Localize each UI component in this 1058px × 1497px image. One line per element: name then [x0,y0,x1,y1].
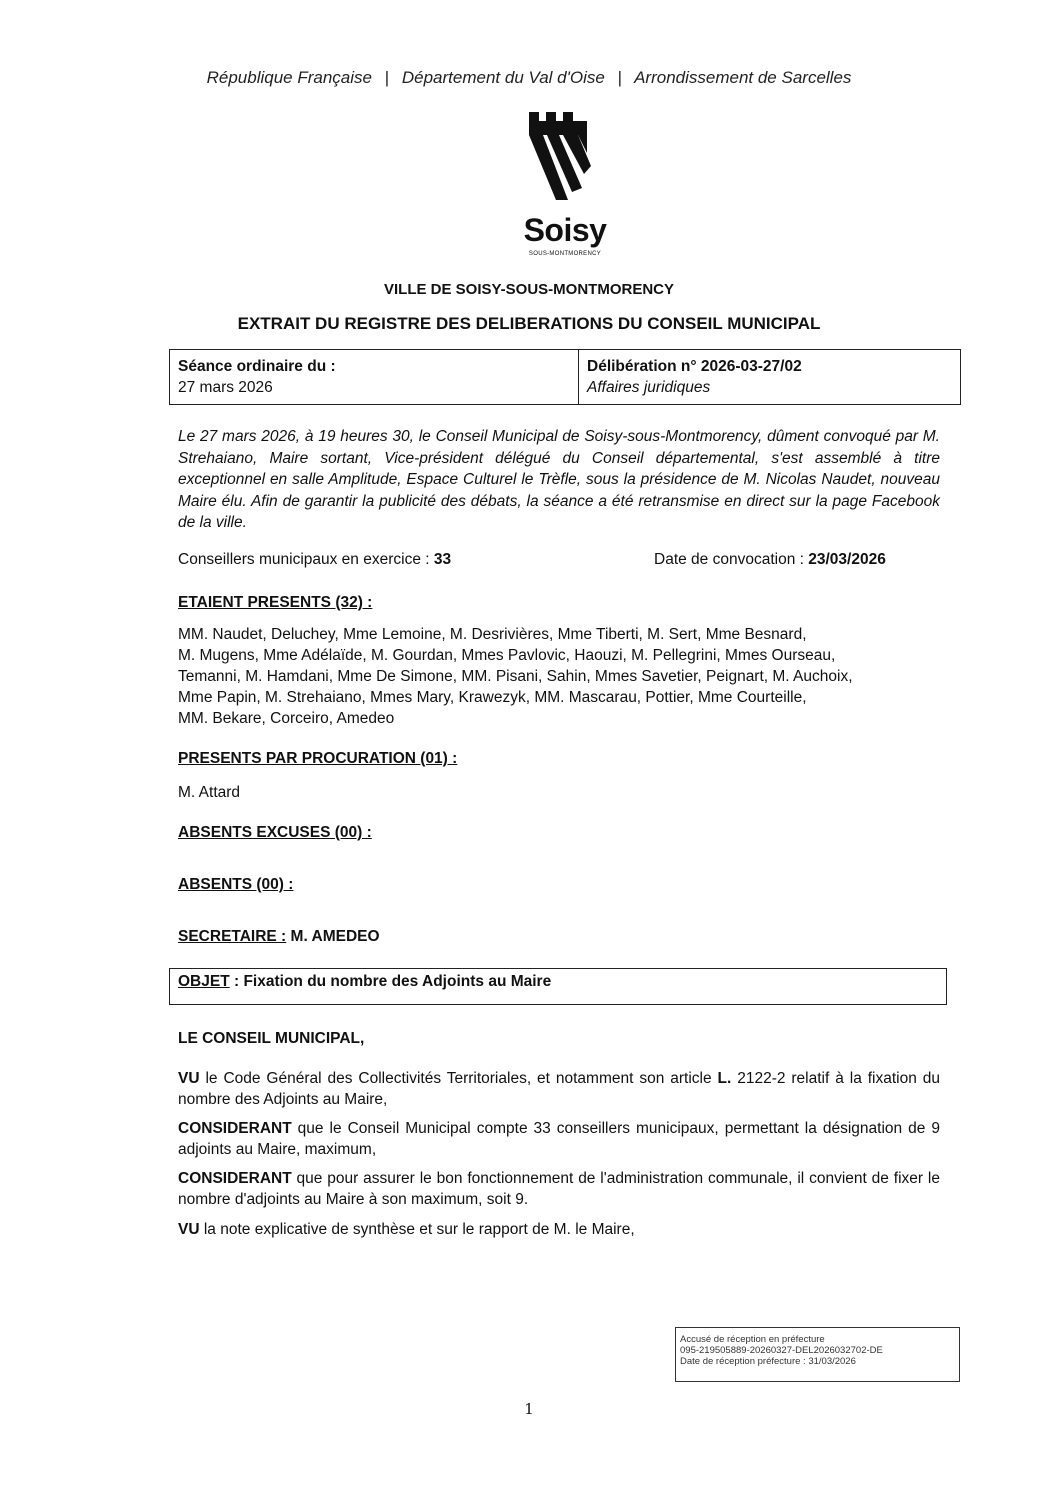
council-heading: LE CONSEIL MUNICIPAL, [178,1030,364,1048]
stamp-line: Accusé de réception en préfecture [680,1334,959,1345]
proxy-heading: PRESENTS PAR PROCURATION (01) : [178,750,457,768]
prefecture-stamp: Accusé de réception en préfecture 095-21… [675,1327,960,1382]
councillors-label: Conseillers municipaux en exercice : [178,551,430,568]
absent-heading: ABSENTS (00) : [178,876,293,894]
intro-paragraph: Le 27 mars 2026, à 19 heures 30, le Cons… [178,426,940,534]
convocation-value: 23/03/2026 [808,551,886,568]
secretary-name: M. AMEDEO [291,928,380,945]
header-line: République Française | Département du Va… [0,68,1058,88]
paragraph-lead: CONSIDERANT [178,1170,292,1187]
session-label: Séance ordinaire du : [178,356,570,377]
paragraph-lead: VU [178,1070,200,1087]
logo-subtitle: SOUS-MONTMORENCY [500,251,630,257]
objet-text: Fixation du nombre des Adjoints au Maire [243,973,551,990]
article-ref: L. [718,1070,732,1087]
paragraph-text: la note explicative de synthèse et sur l… [200,1221,635,1238]
convocation-label: Date de convocation : [654,551,804,568]
paragraph-lead: CONSIDERANT [178,1120,292,1137]
councillors-count: Conseillers municipaux en exercice : 33 [178,551,451,569]
page-number: 1 [0,1400,1058,1418]
session-date: 27 mars 2026 [178,377,570,398]
excused-heading: ABSENTS EXCUSES (00) : [178,824,372,842]
present-line: MM. Naudet, Deluchey, Mme Lemoine, M. De… [178,624,940,645]
deliberation-number: Délibération n° 2026-03-27/02 [587,356,802,377]
paragraph-text: le Code Général des Collectivités Territ… [200,1070,718,1087]
deliberation-cell: Délibération n° 2026-03-27/02 Affaires j… [579,350,810,404]
header-department: Département du Val d'Oise [402,68,605,87]
body-paragraph: CONSIDERANT que pour assurer le bon fonc… [178,1168,940,1210]
header-separator: | [618,68,622,87]
secretary-label: SECRETAIRE : [178,928,286,945]
deliberation-category: Affaires juridiques [587,377,802,398]
councillors-value: 33 [434,551,451,568]
present-list: MM. Naudet, Deluchey, Mme Lemoine, M. De… [178,624,940,729]
secretary: SECRETAIRE : M. AMEDEO [178,928,380,946]
body-paragraph: VU la note explicative de synthèse et su… [178,1219,940,1240]
stamp-line: Date de réception préfecture : 31/03/202… [680,1356,959,1367]
present-line: Mme Papin, M. Strehaiano, Mmes Mary, Kra… [178,687,940,708]
objet-box: OBJET : Fixation du nombre des Adjoints … [169,968,947,1005]
body-paragraph: CONSIDERANT que le Conseil Municipal com… [178,1118,940,1160]
paragraph-text: que le Conseil Municipal compte 33 conse… [178,1120,940,1158]
objet-separator: : [230,973,244,990]
body-paragraph: VU le Code Général des Collectivités Ter… [178,1068,940,1110]
present-line: MM. Bekare, Corceiro, Amedeo [178,708,940,729]
header-arrondissement: Arrondissement de Sarcelles [634,68,851,87]
paragraph-text: que pour assurer le bon fonctionnement d… [178,1170,940,1208]
present-line: Temanni, M. Hamdani, Mme De Simone, MM. … [178,666,940,687]
proxy-names: M. Attard [178,782,940,803]
stamp-line: 095-219505889-20260327-DEL2026032702-DE [680,1345,959,1356]
register-title: EXTRAIT DU REGISTRE DES DELIBERATIONS DU… [0,314,1058,334]
logo-name: Soisy [500,212,630,249]
objet-label: OBJET [178,973,230,990]
session-box: Séance ordinaire du : 27 mars 2026 Délib… [169,349,961,405]
header-republic: République Française [207,68,372,87]
convocation-date: Date de convocation : 23/03/2026 [654,551,886,569]
city-title: VILLE DE SOISY-SOUS-MONTMORENCY [0,281,1058,298]
present-heading: ETAIENT PRESENTS (32) : [178,594,372,612]
session-cell: Séance ordinaire du : 27 mars 2026 [170,350,579,404]
header-separator: | [385,68,389,87]
present-line: M. Mugens, Mme Adélaïde, M. Gourdan, Mme… [178,645,940,666]
paragraph-lead: VU [178,1221,200,1238]
